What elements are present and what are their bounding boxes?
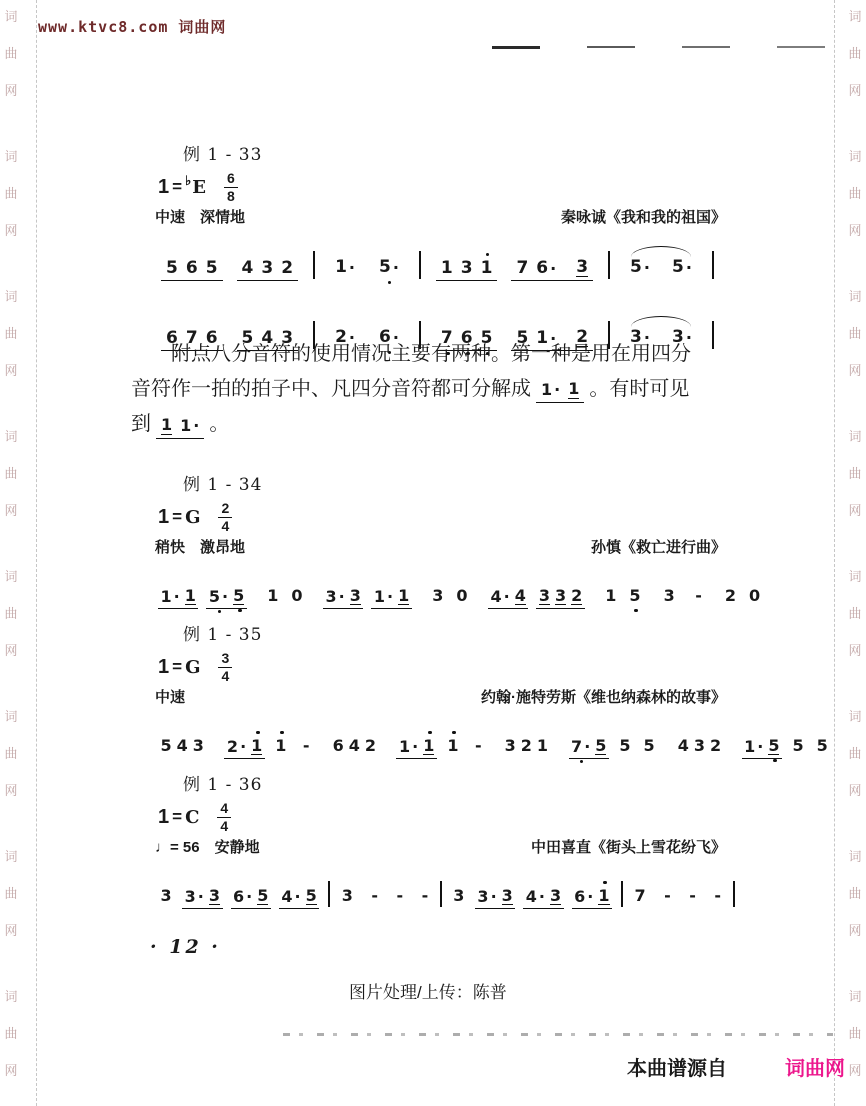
note: 1 xyxy=(423,738,434,756)
time-signature: 6 8 xyxy=(224,171,238,203)
paragraph-text: 音符作一拍的拍子中、凡四分音符都可分解成 xyxy=(131,376,531,400)
note-group: 3·3 xyxy=(323,588,363,610)
note-digit: - xyxy=(303,738,310,755)
time-signature-denominator: 4 xyxy=(221,668,229,684)
rhythm-dot: · xyxy=(644,260,650,277)
upload-credit: 图片处理/上传：陈普 xyxy=(349,978,507,1003)
watermark-char: 词 xyxy=(2,10,20,24)
example-1-33: 例 1 - 33 1 = ♭ E 6 8 中速 深情地 秦咏诚《我和我的祖国》 … xyxy=(150,140,740,351)
barline xyxy=(733,881,735,907)
time-signature: 3 4 xyxy=(218,651,232,683)
time-signature-numerator: 4 xyxy=(217,801,231,818)
note: - xyxy=(422,888,429,905)
note-digit: 4 xyxy=(281,889,292,906)
tempo-text: 稍快 激昂地 xyxy=(155,536,245,557)
notation-line: 5432·11-6421·11-3217·5554321·555 xyxy=(154,715,740,759)
key-tonic-letter: G xyxy=(185,507,200,528)
high-octave-dot xyxy=(428,731,432,735)
note-digit: 3 xyxy=(461,260,473,278)
watermark-char: 曲 xyxy=(846,47,864,61)
note: 5 xyxy=(161,738,172,755)
note: 5 xyxy=(768,738,779,756)
note-digit: 2 xyxy=(365,738,376,755)
watermark-char: 曲 xyxy=(2,607,20,621)
time-signature-numerator: 2 xyxy=(218,501,232,518)
note: 3 xyxy=(350,588,361,606)
note: 3 xyxy=(539,588,550,606)
rhythm-dot: · xyxy=(295,889,301,906)
note-digit: 3 xyxy=(326,589,337,606)
note-group: 3--- xyxy=(339,888,431,910)
note: 4· xyxy=(526,889,545,906)
note-digit: 6 xyxy=(233,889,244,906)
note-digit: 4 xyxy=(242,260,254,278)
rhythm-dot: · xyxy=(339,589,345,606)
barline xyxy=(621,881,623,907)
note-digit: 1 xyxy=(161,417,172,434)
note-digit: 5 xyxy=(209,589,220,606)
note: 7 xyxy=(516,260,528,278)
scan-artifact-line xyxy=(283,1033,833,1036)
note-digit: 5 xyxy=(817,738,828,755)
note: 2 xyxy=(571,588,582,606)
scanned-score-page: 词曲网词曲网词曲网词曲网词曲网词曲网词曲网词曲网 词曲网词曲网词曲网词曲网词曲网… xyxy=(0,0,866,1106)
note-digit: 1 xyxy=(568,381,579,398)
rhythm-dot: · xyxy=(349,260,355,277)
note-digit: 5 xyxy=(629,588,640,605)
note-digit: 2 xyxy=(571,588,582,605)
note: 3· xyxy=(185,889,204,906)
note-digit: 7 xyxy=(516,260,528,278)
time-signature: 4 4 xyxy=(217,801,231,833)
note-group: 1·1 xyxy=(371,588,411,610)
note: 2 xyxy=(710,738,721,755)
time-signature: 2 4 xyxy=(218,501,232,533)
note: - xyxy=(475,738,482,755)
note-group: 332 xyxy=(536,588,584,610)
barline xyxy=(712,251,714,279)
note: 5 xyxy=(595,738,606,756)
paragraph-line: 到11·。 xyxy=(131,406,741,441)
note: 1 xyxy=(598,888,609,906)
key-signature: 1 = G 2 4 xyxy=(158,501,740,533)
paragraph-text: 附点八分音符的使用情况主要有两种。第一种是用在用四分 xyxy=(171,341,691,365)
rhythm-dot: · xyxy=(539,889,545,906)
note-digit: 1 xyxy=(185,588,196,605)
rhythm-dot: · xyxy=(504,589,510,606)
note-group: 76·3 xyxy=(511,259,593,282)
note: 5 xyxy=(233,588,244,606)
note-digit: 3 xyxy=(453,888,464,905)
note-digit: 3 xyxy=(193,738,204,755)
note: 1 xyxy=(537,738,548,755)
right-dashed-rule xyxy=(834,0,835,1106)
key-tonic-number: 1 xyxy=(158,806,169,829)
note: 3· xyxy=(326,589,345,606)
tempo-group: ♩= 56 安静地 xyxy=(155,836,260,857)
note-group: 1·1 xyxy=(396,738,436,760)
note-digit: 5 xyxy=(595,738,606,755)
note: 4 xyxy=(349,738,360,755)
note-group: 432 xyxy=(237,260,299,282)
note-digit: 5 xyxy=(672,259,684,277)
note: - xyxy=(397,888,404,905)
note: 1· xyxy=(374,589,393,606)
watermark-char: 词 xyxy=(2,990,20,1004)
left-dashed-rule xyxy=(36,0,37,1106)
note-group: 1 xyxy=(603,588,619,610)
note-group: 543 xyxy=(158,738,206,760)
note: - xyxy=(695,588,702,605)
key-tonic-letter: E xyxy=(192,177,206,198)
note-group: 1·1 xyxy=(536,381,584,403)
high-octave-dot xyxy=(603,881,607,885)
note-group: 0 xyxy=(289,588,305,610)
note-digit: - xyxy=(695,588,702,605)
note-digit: 2 xyxy=(710,738,721,755)
source-site: 词曲网 xyxy=(785,1052,845,1081)
high-octave-dot xyxy=(280,731,284,735)
note: 5· xyxy=(630,259,650,277)
note: 1 xyxy=(481,260,493,278)
note: 2 xyxy=(281,260,293,278)
note-digit: 3 xyxy=(555,588,566,605)
note-group: 5 xyxy=(814,738,830,760)
note-digit: 7 xyxy=(571,739,582,756)
key-tonic-number: 1 xyxy=(158,656,169,679)
note-digit: 4 xyxy=(678,738,689,755)
note-digit: 1 xyxy=(180,418,191,435)
watermark-char: 曲 xyxy=(846,467,864,481)
note-group: 642 xyxy=(330,738,378,760)
watermark-char: 曲 xyxy=(846,327,864,341)
note-group: 3·3 xyxy=(182,888,222,910)
note-digit: 5 xyxy=(619,738,630,755)
key-tonic-number: 1 xyxy=(158,176,169,199)
note: 3 xyxy=(193,738,204,755)
notation-line: 5654321·5·13176·35·5· xyxy=(154,235,740,281)
note-digit: 1 xyxy=(335,259,347,277)
notation-line: 33·36·54·53---33·34·36·17--- xyxy=(154,865,740,909)
header-dash xyxy=(682,46,730,48)
note-digit: 2 xyxy=(725,588,736,605)
note: 1 xyxy=(447,738,458,755)
key-equals: = xyxy=(172,177,182,197)
note-digit: 3 xyxy=(161,888,172,905)
rhythm-dot: · xyxy=(412,739,418,756)
tempo-row: 中速 深情地 秦咏诚《我和我的祖国》 xyxy=(155,206,726,227)
note: 3· xyxy=(477,889,496,906)
key-signature: 1 = C 4 4 xyxy=(158,801,740,833)
tempo-text: 中速 xyxy=(155,686,185,707)
note-digit: 2 xyxy=(281,260,293,278)
note-digit: 7 xyxy=(635,888,646,905)
watermark-char: 词 xyxy=(846,290,864,304)
note-digit: 6 xyxy=(574,889,585,906)
rhythm-dot: · xyxy=(387,589,393,606)
note: 3 xyxy=(432,588,443,605)
barline xyxy=(313,251,315,279)
note: 1· xyxy=(744,739,763,756)
watermark-char: 词 xyxy=(2,570,20,584)
watermark-char: 网 xyxy=(2,224,20,238)
watermark-char: 词 xyxy=(846,430,864,444)
note: 4 xyxy=(678,738,689,755)
note-digit: 4 xyxy=(526,889,537,906)
note-digit: 4 xyxy=(515,588,526,605)
watermark-char: 曲 xyxy=(2,47,20,61)
note: 6· xyxy=(574,889,593,906)
note-digit: - xyxy=(475,738,482,755)
low-octave-dot xyxy=(218,610,222,614)
note: 5 xyxy=(792,738,803,755)
watermark-char: 曲 xyxy=(2,1027,20,1041)
note: 3 xyxy=(453,888,464,905)
note-digit: 2 xyxy=(227,739,238,756)
attribution: 孙慎《救亡进行曲》 xyxy=(591,536,726,557)
note-group: 1· xyxy=(330,259,360,282)
tempo-text: 中速 深情地 xyxy=(155,206,245,227)
note: 5 xyxy=(166,260,178,278)
note: 1· xyxy=(180,418,199,435)
note: 1 xyxy=(275,738,286,755)
note: 3 xyxy=(694,738,705,755)
note: 1· xyxy=(335,259,355,277)
note-group: 1·1 xyxy=(158,588,198,610)
note-digit: 5 xyxy=(644,738,655,755)
note-group: 11· xyxy=(156,417,204,439)
note-group: 1 xyxy=(273,738,289,760)
key-equals: = xyxy=(172,807,182,827)
note: 7· xyxy=(571,739,590,756)
rhythm-dot: · xyxy=(686,260,692,277)
tempo-row: 中速 约翰·施特劳斯《维也纳森林的故事》 xyxy=(155,686,726,707)
note: 5· xyxy=(209,589,228,606)
watermark-char: 词 xyxy=(2,150,20,164)
rhythm-dot: · xyxy=(198,889,204,906)
note: 2· xyxy=(227,739,246,756)
key-signature: 1 = ♭ E 6 8 xyxy=(158,171,740,203)
high-octave-dot xyxy=(486,253,490,257)
note-digit: 1 xyxy=(275,738,286,755)
attribution: 秦咏诚《我和我的祖国》 xyxy=(561,206,726,227)
header-rule-dashes xyxy=(492,46,825,49)
source-label: 本曲谱源自 xyxy=(627,1052,727,1081)
note-digit: 1 xyxy=(251,738,262,755)
watermark-char: 词 xyxy=(2,710,20,724)
note: 3 xyxy=(461,260,473,278)
note: 1· xyxy=(399,739,418,756)
note-group: 3 xyxy=(158,888,174,910)
barline xyxy=(440,881,442,907)
url-watermark: www.ktvc8.com 词曲网 xyxy=(38,16,226,37)
note-digit: 1 xyxy=(598,888,609,905)
time-signature-denominator: 4 xyxy=(220,818,228,834)
high-octave-dot xyxy=(452,731,456,735)
note-digit: 1 xyxy=(374,589,385,606)
note-group: 3·3 xyxy=(475,888,515,910)
note-digit: 1 xyxy=(399,739,410,756)
paragraph-line: 音符作一拍的拍子中、凡四分音符都可分解成1·1。有时可见 xyxy=(131,371,741,406)
note-group: 131 xyxy=(436,260,498,282)
note-group: 4·3 xyxy=(523,888,563,910)
note: 5· xyxy=(672,259,692,277)
key-tonic-number: 1 xyxy=(158,506,169,529)
watermark-char: 网 xyxy=(2,84,20,98)
watermark-column-left: 词曲网词曲网词曲网词曲网词曲网词曲网词曲网词曲网 xyxy=(2,0,20,1106)
watermark-char: 词 xyxy=(2,850,20,864)
note-digit: 6 xyxy=(536,260,548,278)
paragraph-text: 到 xyxy=(131,411,151,435)
note-digit: 4 xyxy=(177,738,188,755)
note-digit: 1 xyxy=(537,738,548,755)
note-digit: 5 xyxy=(306,888,317,905)
note-digit: 0 xyxy=(291,588,302,605)
note: 2 xyxy=(725,588,736,605)
example-label: 例 1 - 35 xyxy=(183,620,740,645)
note-group: 565 xyxy=(161,260,223,282)
watermark-char: 网 xyxy=(2,644,20,658)
note: 4 xyxy=(177,738,188,755)
note: 0 xyxy=(749,588,760,605)
note-digit: 0 xyxy=(456,588,467,605)
note: 3 xyxy=(576,259,588,278)
header-dash xyxy=(777,46,825,48)
note: 1 xyxy=(568,381,579,399)
watermark-char: 曲 xyxy=(2,187,20,201)
watermark-char: 词 xyxy=(846,150,864,164)
watermark-char: 网 xyxy=(846,924,864,938)
note: 1· xyxy=(161,589,180,606)
rhythm-dot: · xyxy=(246,889,252,906)
note-digit: 3 xyxy=(350,588,361,605)
note-group: 1·5 xyxy=(742,738,782,760)
note-group: 4·5 xyxy=(279,888,319,910)
note: 4 xyxy=(515,588,526,606)
note: 5 xyxy=(644,738,655,755)
note-group: 2·1 xyxy=(224,738,264,760)
attribution: 中田喜直《街头上雪花纷飞》 xyxy=(531,836,726,857)
note: 7 xyxy=(635,888,646,905)
note: 3 xyxy=(342,888,353,905)
barline xyxy=(419,251,421,279)
note-digit: 1 xyxy=(605,588,616,605)
note: 1 xyxy=(251,738,262,756)
rhythm-dot: · xyxy=(550,261,556,278)
note: 1 xyxy=(267,588,278,605)
time-signature-denominator: 4 xyxy=(221,518,229,534)
watermark-char: 曲 xyxy=(846,887,864,901)
flat-icon: ♭ xyxy=(185,173,191,189)
note: 0 xyxy=(291,588,302,605)
note-group: - xyxy=(685,588,704,610)
rhythm-dot: · xyxy=(174,589,180,606)
inline-notation: 11· xyxy=(156,417,204,439)
note-digit: 4 xyxy=(491,589,502,606)
note-group: 4·4 xyxy=(488,588,528,610)
example-1-36: 例 1 - 36 1 = C 4 4 ♩= 56 安静地 中田喜直《街头上雪花纷… xyxy=(150,770,740,909)
note-digit: 5 xyxy=(161,738,172,755)
note: 3 xyxy=(502,888,513,906)
note-digit: 3 xyxy=(209,888,220,905)
watermark-char: 词 xyxy=(846,570,864,584)
notation-line: 1·15·5103·31·1304·4332153-20 xyxy=(154,565,740,609)
key-tonic-letter: G xyxy=(185,657,200,678)
note-digit: - xyxy=(664,888,671,905)
inline-notation: 1·1 xyxy=(536,381,584,403)
note: 1· xyxy=(541,382,560,399)
note-digit: 3 xyxy=(261,260,273,278)
note-group: 5 xyxy=(790,738,806,760)
note: - xyxy=(664,888,671,905)
note-group: 0 xyxy=(746,588,762,610)
key-signature: 1 = G 3 4 xyxy=(158,651,740,683)
note-group: 5 xyxy=(641,738,657,760)
rhythm-dot: · xyxy=(240,739,246,756)
paragraph-text: 。 xyxy=(209,411,229,435)
note: - xyxy=(714,888,721,905)
low-octave-dot xyxy=(634,609,638,613)
low-octave-dot xyxy=(580,760,584,764)
note-digit: - xyxy=(422,888,429,905)
note: 3 xyxy=(555,588,566,606)
note: 3 xyxy=(261,260,273,278)
rhythm-dot: · xyxy=(491,889,497,906)
key-equals: = xyxy=(172,657,182,677)
note: 1 xyxy=(605,588,616,605)
rhythm-dot: · xyxy=(554,382,560,399)
source-row: 本曲谱源自 词曲网 xyxy=(627,1052,845,1081)
note-digit: 3 xyxy=(576,259,588,277)
note-digit: 0 xyxy=(749,588,760,605)
note: 4· xyxy=(491,589,510,606)
barline xyxy=(328,881,330,907)
watermark-char: 曲 xyxy=(846,187,864,201)
note-digit: 5 xyxy=(233,588,244,605)
low-octave-dot xyxy=(388,281,392,285)
watermark-char: 词 xyxy=(2,430,20,444)
note: - xyxy=(689,888,696,905)
watermark-char: 网 xyxy=(2,784,20,798)
note-digit: 6 xyxy=(333,738,344,755)
note: 5 xyxy=(206,260,218,278)
note-digit: 3 xyxy=(477,889,488,906)
note-digit: - xyxy=(714,888,721,905)
note-digit: 6 xyxy=(186,260,198,278)
key-equals: = xyxy=(172,507,182,527)
note-group: 1 xyxy=(445,738,461,760)
body-paragraph: 附点八分音符的使用情况主要有两种。第一种是用在用四分 音符作一拍的拍子中、凡四分… xyxy=(131,336,741,441)
note: 5 xyxy=(257,888,268,906)
low-octave-dot xyxy=(238,609,242,613)
note-digit: 3 xyxy=(539,588,550,605)
note: - xyxy=(303,738,310,755)
attribution: 约翰·施特劳斯《维也纳森林的故事》 xyxy=(481,686,726,707)
note-digit: 3 xyxy=(550,888,561,905)
note: 1 xyxy=(161,417,172,435)
note-digit: 5 xyxy=(166,260,178,278)
watermark-char: 网 xyxy=(2,924,20,938)
watermark-char: 曲 xyxy=(2,747,20,761)
tempo-text: 安静地 xyxy=(215,839,260,856)
note: 6· xyxy=(536,260,556,278)
paragraph-line: 附点八分音符的使用情况主要有两种。第一种是用在用四分 xyxy=(131,336,741,371)
watermark-char: 网 xyxy=(846,84,864,98)
note-group: 3 xyxy=(451,888,467,910)
tempo-row: 稍快 激昂地 孙慎《救亡进行曲》 xyxy=(155,536,726,557)
note-group: 6·1 xyxy=(572,888,612,910)
note-digit: 5 xyxy=(206,260,218,278)
